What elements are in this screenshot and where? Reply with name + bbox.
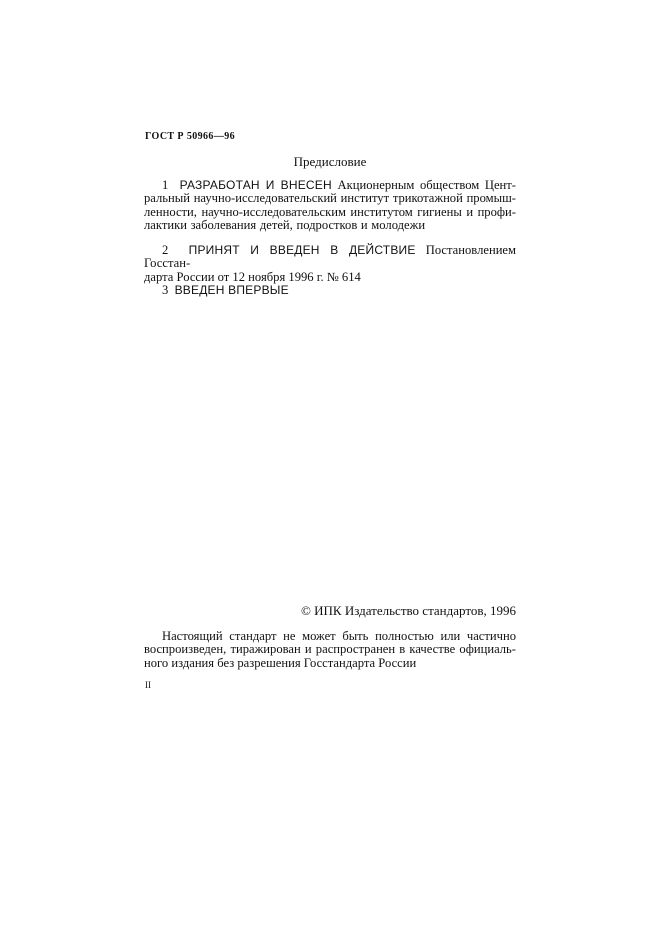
notice-line-2: воспроизведен, тиражирован и распростран… [144, 643, 516, 656]
document-page: ГОСТ Р 50966—96 Предисловие 1 РАЗРАБОТАН… [0, 0, 661, 936]
section-lead: ВВЕДЕН ВПЕРВЫЕ [175, 283, 289, 297]
section-lead: ПРИНЯТ И ВВЕДЕН В ДЕЙСТВИЕ [189, 243, 416, 257]
notice-line-3: ного издания без разрешения Госстандарта… [144, 657, 516, 670]
page-title: Предисловие [144, 154, 516, 169]
standard-designation: ГОСТ Р 50966—96 [145, 131, 235, 143]
section-3-line-1: 3 ВВЕДЕН ВПЕРВЫЕ [144, 284, 516, 297]
notice-line-1: Настоящий стандарт не может быть полност… [144, 630, 516, 643]
section-1-line-2: ральный научно-исследовательский институ… [144, 192, 516, 205]
section-3: 3 ВВЕДЕН ВПЕРВЫЕ [144, 284, 516, 297]
section-text: Акционерным обществом Цент- [338, 178, 516, 192]
section-number: 3 [162, 283, 168, 297]
section-1-line-4: лактики заболевания детей, подростков и … [144, 219, 516, 232]
reproduction-notice: Настоящий стандарт не может быть полност… [144, 630, 516, 670]
section-1-line-1: 1 РАЗРАБОТАН И ВНЕСЕН Акционерным общест… [144, 179, 516, 192]
section-2-line-1: 2 ПРИНЯТ И ВВЕДЕН В ДЕЙСТВИЕ Постановлен… [144, 244, 516, 271]
section-number: 1 [162, 178, 168, 192]
section-1-line-3: ленности, научно-исследовательским инсти… [144, 206, 516, 219]
section-1: 1 РАЗРАБОТАН И ВНЕСЕН Акционерным общест… [144, 179, 516, 233]
section-number: 2 [162, 243, 168, 257]
page-number: II [145, 680, 151, 690]
section-lead: РАЗРАБОТАН И ВНЕСЕН [180, 178, 332, 192]
copyright-notice: © ИПК Издательство стандартов, 1996 [144, 603, 516, 618]
section-2: 2 ПРИНЯТ И ВВЕДЕН В ДЕЙСТВИЕ Постановлен… [144, 244, 516, 284]
